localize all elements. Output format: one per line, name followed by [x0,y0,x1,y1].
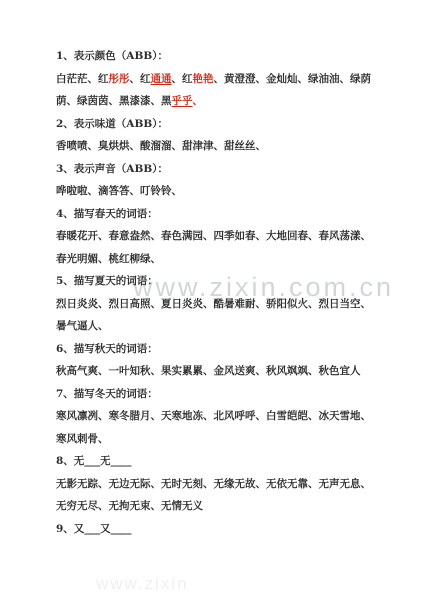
section-words-6: 秋高气爽、一叶知秋、果实累累、金风送爽、秋风飒飒、秋色宜人 [56,360,376,383]
word-run: 春暖花开、春意盎然、春色满园、四季如春、大地回春、春风荡漾、春光明媚、桃红柳绿、 [56,230,371,265]
word-run-red: 、 [193,95,204,107]
word-run: 秋高气爽、一叶知秋、果实累累、金风送爽、秋风飒飒、秋色宜人 [56,365,361,377]
section-words-7: 寒风凛冽、寒冬腊月、天寒地冻、北风呼呼、白雪皑皑、冰天雪地、寒风刺骨、 [56,405,376,450]
section-heading-6: 6、描写秋天的词语： [56,338,376,361]
section-words-2: 香喷喷、臭烘烘、酸溜溜、甜津津、甜丝丝、 [56,135,376,158]
section-words-4: 春暖花开、春意盎然、春色满园、四季如春、大地回春、春风荡漾、春光明媚、桃红柳绿、 [56,225,376,270]
section-heading-7: 7、描写冬天的词语： [56,383,376,406]
section-heading-3: 3、表示声音（ABB）： [56,158,376,181]
vocabulary-word-list: 1、表示颜色（ABB）：白茫茫、红彤彤、红通通、红艳艳、黄澄澄、金灿灿、绿油油、… [56,45,376,540]
word-run: 哗啦啦、滴答答、叮铃铃、 [56,185,182,197]
word-run: 香喷喷、臭烘烘、酸溜溜、甜津津、甜丝丝、 [56,140,266,152]
word-run-red: 通通 [151,73,172,85]
word-run: 寒风凛冽、寒冬腊月、天寒地冻、北风呼呼、白雪皑皑、冰天雪地、寒风刺骨、 [56,410,371,445]
word-run: 烈日炎炎、烈日高照、夏日炎炎、酷暑难耐、骄阳似火、烈日当空、暑气逼人、 [56,298,371,333]
section-words-1: 白茫茫、红彤彤、红通通、红艳艳、黄澄澄、金灿灿、绿油油、绿荫荫、绿茵茵、黑漆漆、… [56,68,376,113]
word-run: 、红 [130,73,151,85]
word-run-red: 彤彤 [109,73,130,85]
word-run: 无影无踪、无边无际、无时无刻、无缘无故、无依无靠、无声无息、无穷无尽、无拘无束、… [56,478,371,513]
section-heading-9: 9、又___又____ [56,518,376,541]
section-heading-1: 1、表示颜色（ABB）： [56,45,376,68]
section-words-3: 哗啦啦、滴答答、叮铃铃、 [56,180,376,203]
word-run-red: 乎乎 [172,95,193,107]
section-heading-5: 5、描写夏天的词语： [56,270,376,293]
section-words-5: 烈日炎炎、烈日高照、夏日炎炎、酷暑难耐、骄阳似火、烈日当空、暑气逼人、 [56,293,376,338]
section-heading-4: 4、描写春天的词语： [56,203,376,226]
word-run: 白茫茫、红 [56,73,109,85]
word-run-red: 艳艳 [193,73,214,85]
document-page: www.zixin.com.cn www.zixin 1、表示颜色（ABB）：白… [0,0,423,600]
watermark-zixin-bottom: www.zixin [96,574,189,594]
section-heading-2: 2、表示味道（ABB）： [56,113,376,136]
section-words-8: 无影无踪、无边无际、无时无刻、无缘无故、无依无靠、无声无息、无穷无尽、无拘无束、… [56,473,376,518]
section-heading-8: 8、无___无____ [56,450,376,473]
word-run: 、红 [172,73,193,85]
